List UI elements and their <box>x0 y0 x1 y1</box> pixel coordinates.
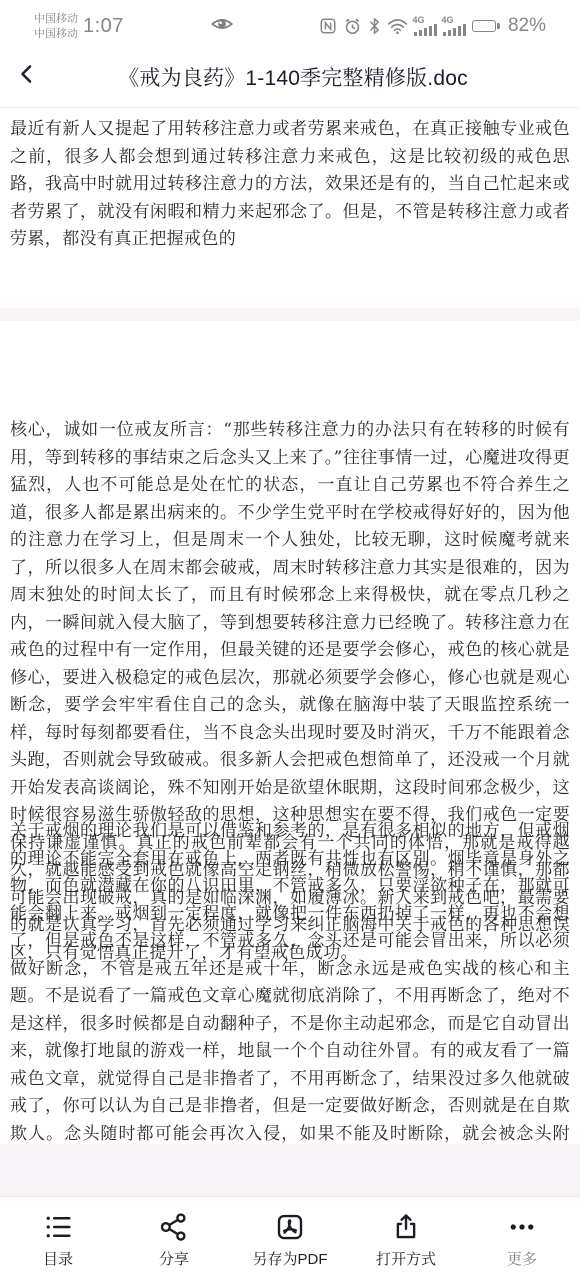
carrier-label: 中国移动 中国移动 <box>34 11 78 41</box>
share-label: 分享 <box>159 1248 189 1269</box>
paragraph-1: 最近有新人又提起了用转移注意力或者劳累来戒色，在真正接触专业戒色之前，很多人都会… <box>0 116 580 254</box>
battery-percent: 82% <box>508 15 546 37</box>
chevron-left-icon <box>16 63 38 90</box>
eye-comfort-icon <box>209 11 235 42</box>
carrier-line2: 中国移动 <box>34 28 78 41</box>
page-break <box>0 308 580 321</box>
document-title: 《戒为良药》1-140季完整精修版.doc <box>56 62 530 92</box>
network-type-label-2: 4G <box>441 15 453 25</box>
status-icons: 4G 4G 82% <box>319 15 546 37</box>
bottom-toolbar: 目录 分享 另存为PDF <box>0 1196 580 1279</box>
open-with-label: 打开方式 <box>376 1248 436 1269</box>
more-button[interactable]: 更多 <box>464 1197 580 1279</box>
back-button[interactable] <box>16 57 56 97</box>
battery-icon <box>472 20 500 32</box>
network-type-label: 4G <box>412 15 424 25</box>
save-as-pdf-label: 另存为PDF <box>252 1248 327 1269</box>
document-view[interactable]: 最近有新人又提起了用转移注意力或者劳累来戒色，在真正接触专业戒色之前，很多人都会… <box>0 108 580 1196</box>
toc-label: 目录 <box>43 1248 73 1269</box>
save-as-pdf-button[interactable]: 另存为PDF <box>232 1197 348 1279</box>
signal-bars-sim2: 4G <box>443 16 466 36</box>
carrier-line1: 中国移动 <box>34 13 78 26</box>
more-dots-icon <box>507 1212 537 1242</box>
toc-button[interactable]: 目录 <box>0 1197 116 1279</box>
share-icon <box>159 1212 189 1242</box>
page-margin-bottom <box>0 1144 580 1196</box>
clock-time: 1:07 <box>83 15 124 38</box>
alarm-icon <box>343 17 362 36</box>
open-with-icon <box>391 1212 421 1242</box>
pdf-icon <box>275 1212 305 1242</box>
open-with-button[interactable]: 打开方式 <box>348 1197 464 1279</box>
share-button[interactable]: 分享 <box>116 1197 232 1279</box>
more-label: 更多 <box>507 1248 537 1269</box>
toc-list-icon <box>43 1212 73 1242</box>
title-bar: 《戒为良药》1-140季完整精修版.doc <box>0 52 580 108</box>
bluetooth-icon <box>368 17 381 35</box>
status-bar: 中国移动 中国移动 1:07 <box>0 0 580 52</box>
nfc-icon <box>319 17 337 35</box>
wifi-icon <box>387 18 408 35</box>
signal-bars-sim1: 4G <box>414 16 437 36</box>
paragraph-3: 关于戒烟的理论我们是可以借鉴和参考的，是有很多相似的地方，但戒烟的理论不能完全套… <box>0 818 580 1196</box>
